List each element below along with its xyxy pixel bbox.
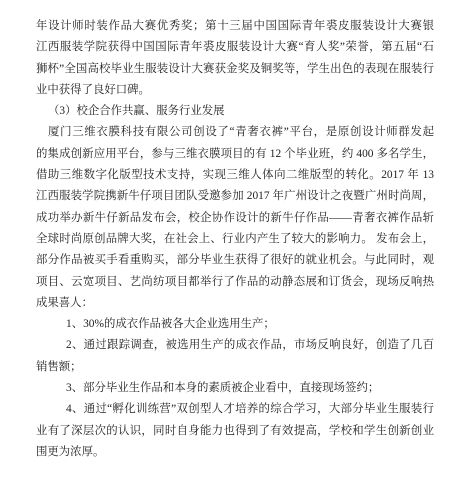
document-page: 年设计师时装作品大赛优秀奖；第十三届中国国际青年裘皮服装设计大赛银奖，江西服装学… [0, 0, 450, 480]
text-line: 江西服装学院获得中国国际青年裘皮服装设计大赛“育人奖”荣誉，第五届“石 [36, 37, 434, 58]
text-line: 厦门三维衣膜科技有限公司创设了“青奢衣裤”平台，是原创设计师群发起 [36, 122, 434, 143]
text-line: 江西服装学院携新牛仔项目团队受邀参加 2017 年广州设计之夜暨广州时尚周， [36, 186, 434, 207]
text-line: 2、通过跟踪调查，被选用生产的成衣作品，市场反响良好，创造了几百万 [36, 335, 434, 356]
text-line: 成功举办新牛仔新品发布会，校企协作设计的新牛仔作品——青奢衣裤作品斩获 [36, 208, 434, 229]
text-line: 借助三维数字化版型技术支持，实现三维人体向二维版型的转化。2017 年 13 日… [36, 165, 434, 186]
text-line: 3、部分毕业生作品和本身的素质被企业看中，直接现场签约； [36, 378, 438, 399]
text-line: 围更为浓厚。 [36, 442, 438, 463]
text-line: 销售额； [36, 357, 438, 378]
text-line: 年设计师时装作品大赛优秀奖；第十三届中国国际青年裘皮服装设计大赛银奖， [36, 16, 434, 37]
text-line: 业中获得了良好口碑。 [36, 80, 438, 101]
text-line: 4、通过“孵化训练营”双创型人才培养的综合学习，大部分毕业生服装行 [36, 399, 434, 420]
document-body: 年设计师时装作品大赛优秀奖；第十三届中国国际青年裘皮服装设计大赛银奖，江西服装学… [36, 16, 438, 463]
text-line: 的集成创新应用平台，参与三维衣膜项目的有 12 个毕业班，约 400 多名学生， [36, 144, 434, 165]
text-line: （3）校企合作共赢、服务行业发展 [36, 101, 438, 122]
text-line: 1、30%的成衣作品被各大企业选用生产； [36, 314, 438, 335]
text-line: 部分作品被买手看重购买，部分毕业生获得了很好的就业机会。与此同时，观象 [36, 250, 434, 271]
text-line: 业有了深层次的认识，同时自身能力也得到了有效提高，学校和学生创新创业氛 [36, 421, 434, 442]
text-line: 成果喜人： [36, 293, 438, 314]
text-line: 项目、云宽项目、艺尚纺项目都举行了作品的动静态展和订货会，现场反响热烈， [36, 272, 434, 293]
text-line: 狮杯”全国高校毕业生服装设计大赛获金奖及铜奖等，学生出色的表现在服装行 [36, 59, 434, 80]
text-line: 全球时尚原创品牌大奖，在社会上、行业内产生了较大的影响力。 发布会上， [36, 229, 434, 250]
